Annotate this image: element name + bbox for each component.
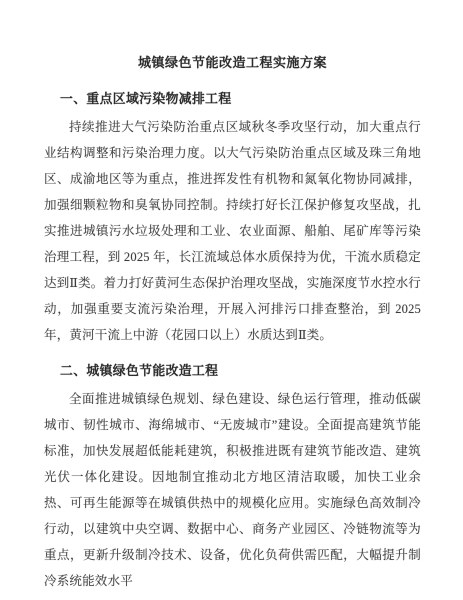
section-1-paragraph: 持续推进大气污染防治重点区域秋冬季攻坚行动，加大重点行业结构调整和污染治理力度。… <box>44 114 421 348</box>
document-title: 城镇绿色节能改造工程实施方案 <box>44 50 421 76</box>
section-key-area-pollution: 一、重点区域污染物减排工程 持续推进大气污染防治重点区域秋冬季攻坚行动，加大重点… <box>44 86 421 348</box>
section-1-heading: 一、重点区域污染物减排工程 <box>44 86 421 112</box>
section-urban-green-retrofit: 二、城镇绿色节能改造工程 全面推进城镇绿色规划、绿色建设、绿色运行管理，推动低碳… <box>44 358 421 594</box>
section-2-paragraph: 全面推进城镇绿色规划、绿色建设、绿色运行管理，推动低碳城市、韧性城市、海绵城市、… <box>44 386 421 594</box>
section-2-heading: 二、城镇绿色节能改造工程 <box>44 358 421 384</box>
document-page: 城镇绿色节能改造工程实施方案 一、重点区域污染物减排工程 持续推进大气污染防治重… <box>0 0 463 600</box>
